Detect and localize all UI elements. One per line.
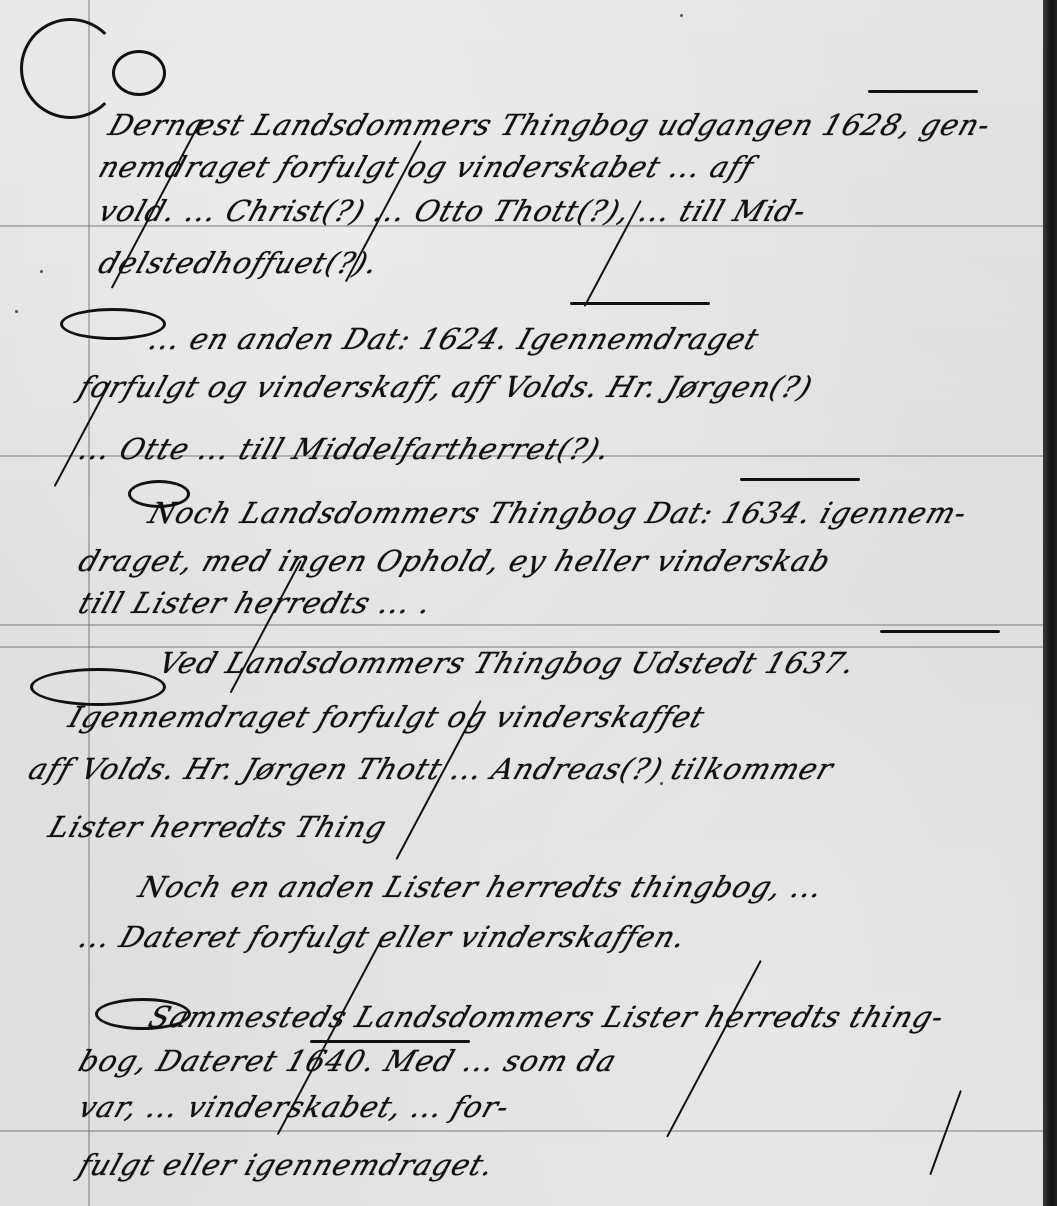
entry-3-line-1: Noch Landsdommers Thingbog Dat: 1634. ig…	[144, 496, 971, 530]
paper-speck	[660, 782, 663, 785]
manuscript-page: Dernæst Landsdommers Thingbog udgangen 1…	[0, 0, 1057, 1206]
ruled-line	[0, 1130, 1043, 1132]
paper-speck	[15, 310, 18, 313]
entry-6-line-2: bog, Dateret 1640. Med ... som da	[74, 1044, 621, 1078]
entry-6-line-4: fulgt eller igennemdraget.	[74, 1148, 498, 1182]
paper-speck	[40, 270, 43, 273]
year-overline	[740, 478, 860, 481]
descender-stroke	[929, 1090, 962, 1175]
year-overline	[310, 1040, 470, 1043]
ruled-line	[0, 624, 1043, 626]
year-overline	[880, 630, 1000, 633]
entry-5-line-1: Noch en anden Lister herredts thingbog, …	[134, 870, 828, 904]
year-overline	[570, 302, 710, 305]
entry-3-line-3: till Lister herredts ... .	[74, 586, 436, 620]
entry-6-line-3: var, ... vinderskabet, ... for-	[74, 1090, 514, 1124]
descender-stroke	[666, 960, 762, 1138]
entry-4-line-2: Igennemdraget forfulgt og vinderskaffet	[64, 700, 709, 734]
entry-1-line-4: delstedhoffuet(?).	[94, 246, 383, 280]
entry-6-line-1: Sammesteds Landsdommers Lister herredts …	[144, 1000, 949, 1034]
entry-2-line-1: ... en anden Dat: 1624. Igennemdraget	[144, 322, 763, 356]
entry-1-line-3: vold. ... Christ(?) ... Otto Thott(?), .…	[94, 194, 811, 228]
entry-2-line-3: ... Otte ... till Middelfartherret(?).	[74, 432, 615, 466]
opening-flourish-icon	[20, 18, 121, 119]
entry-1-line-2: nemdraget forfulgt og vinderskabet ... a…	[94, 150, 758, 184]
paper-speck	[680, 14, 683, 17]
entry-2-line-2: forfulgt og vinderskaff, aff Volds. Hr. …	[74, 370, 817, 404]
initial-d-flourish-icon	[112, 50, 166, 96]
page-binding-edge	[1043, 0, 1057, 1206]
entry-5-line-2: ... Dateret forfulgt eller vinderskaffen…	[74, 920, 691, 954]
year-overline	[868, 90, 978, 93]
entry-4-line-3: aff Volds. Hr. Jørgen Thott ... Andreas(…	[24, 752, 838, 786]
entry-4-line-4: Lister herredts Thing	[44, 810, 391, 844]
entry-3-line-2: draget, med ingen Ophold, ey heller vind…	[74, 544, 835, 578]
entry-1-line-1: Dernæst Landsdommers Thingbog udgangen 1…	[104, 108, 995, 142]
entry-4-line-1: Ved Landsdommers Thingbog Udstedt 1637.	[154, 646, 860, 680]
